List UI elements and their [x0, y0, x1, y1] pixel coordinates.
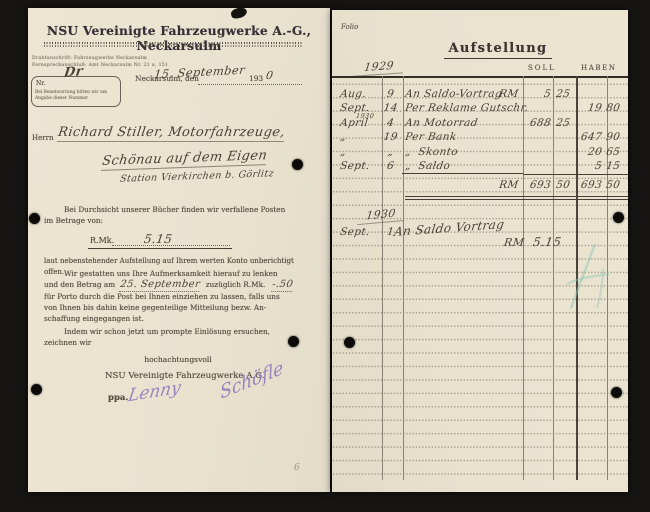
totals-rule-bottom-2 [405, 199, 628, 200]
total-haben-mark: 693 [573, 179, 603, 191]
ledger-row: „ 19 Per Bank 647 90 [331, 131, 629, 145]
ledger-totals-row: RM 693 50 693 50 [331, 179, 629, 193]
pencil-note: 6 [294, 463, 300, 473]
body-p3-line2: zeichnen wir [44, 338, 316, 349]
body-p1-line2: im Betrage von: [44, 216, 316, 227]
dateline-printed-year: 193 [249, 74, 263, 83]
ledger-row: „ „ „ Skonto 20 65 [331, 146, 629, 160]
header-rule [44, 42, 302, 44]
total-currency: RM [498, 179, 519, 191]
ledger-row: Aug. 9 An Saldo-Vortrag RM 5 25 [331, 88, 629, 102]
entry-desc: „ Skonto [404, 146, 459, 158]
entry-currency: RM [498, 88, 519, 100]
entry-day: 14 [380, 102, 401, 114]
header-rule-thick [332, 76, 628, 78]
punch-hole [288, 336, 299, 347]
body-p2-line1: Wir gestatten uns Ihre Aufmerksamkeit hi… [44, 269, 316, 280]
entry-desc: Per Reklame Gutschr. [404, 102, 529, 114]
ppa-label: ppa. [108, 393, 128, 403]
body-p2-line2-date: 25. September [120, 280, 202, 292]
body-p2-line2-pre: und den Betrag am [44, 280, 115, 289]
signature-2: Schöfle [219, 357, 284, 404]
address-line2: Schönau auf dem Eigen [101, 148, 268, 171]
letter-page: NSU Vereinigte Fahrzeugwerke A.-G., Neck… [28, 8, 330, 492]
dateline-fill [198, 84, 302, 85]
entry-day: 4 [380, 117, 401, 129]
entry-haben-pf: 65 [605, 146, 621, 158]
punch-hole [344, 337, 355, 348]
entry-soll-pf: 25 [555, 117, 571, 129]
body-p2-line5: schaffung eingegangen ist. [44, 314, 316, 325]
soll-header: SOLL [528, 64, 556, 72]
entry-day: „ [380, 146, 401, 158]
total-haben-pf: 50 [605, 179, 621, 191]
entry-month: Sept. [339, 226, 381, 238]
body-p2-line2-mid: zuzüglich R.Mk. [206, 280, 266, 289]
entry-soll-pf: 25 [555, 88, 571, 100]
entry-desc: „ Saldo [404, 160, 451, 172]
entry-month: Sept. [339, 160, 381, 172]
totals-rule-top [523, 174, 628, 175]
year-1929: 1929 [353, 58, 405, 77]
punch-hole [31, 384, 42, 395]
saldo-underline [402, 173, 523, 174]
header-rule [44, 45, 302, 47]
punch-hole [613, 212, 624, 223]
entry-month: Aug. [339, 88, 381, 100]
body-p2-line4: von Ihnen bis dahin keine gegenteilige M… [44, 303, 316, 314]
amount-underline [88, 248, 232, 249]
punch-hole [292, 159, 303, 170]
address-line3: Station Vierkirchen b. Görlitz [119, 168, 274, 184]
entry-day: 9 [380, 88, 401, 100]
entry-month: „ [339, 146, 381, 158]
entry-desc: An Saldo-Vortrag [404, 88, 503, 100]
ledger-page: Folio Aufstellung 1929 SOLL HABEN Aug. 9… [332, 10, 628, 492]
punch-hole [611, 387, 622, 398]
entry-haben-mark: 20 [573, 146, 603, 158]
entry-day: 19 [380, 131, 401, 143]
entry-haben-pf: 15 [605, 160, 621, 172]
entry-haben-mark: 19 [573, 102, 603, 114]
body-p1-line1: Bei Durchsicht unserer Bücher finden wir… [44, 205, 316, 216]
ledger-title: Aufstellung [444, 41, 552, 59]
entry-haben-mark: 5 [573, 160, 603, 172]
entry-month: April [339, 117, 381, 129]
closing: hochachtungsvoll [88, 355, 268, 364]
ledger-row: Sept. 14 Per Reklame Gutschr. 19 80 [331, 102, 629, 116]
haben-header: HABEN [581, 64, 617, 72]
letterhead-info-line2: Fernsprechanschluß: Amt Neckarsulm Nr. 2… [32, 63, 168, 68]
body-p2-line2: und den Betrag am 25. September zuzüglic… [44, 280, 316, 292]
folio-label: Folio [341, 23, 358, 31]
totals-rule-bottom-1 [405, 196, 628, 197]
entry-month: „ [339, 131, 381, 143]
total-soll-mark: 693 [522, 179, 552, 191]
entry-soll-mark: 688 [522, 117, 552, 129]
pencil-mark [557, 238, 619, 316]
entry-day: 6 [380, 160, 401, 172]
punch-hole [29, 213, 40, 224]
amount-label: R.Mk. [90, 236, 114, 245]
signature-1: Lenny [127, 377, 182, 406]
nr-box-label: Nr. [36, 80, 45, 87]
nr-box-note-line1: Bei Beantwortung bitten wir um [35, 90, 107, 95]
entry-soll-mark: 5 [522, 88, 552, 100]
dateline-handwritten-year-digit: 0 [265, 69, 274, 82]
entry-haben-pf: 80 [605, 102, 621, 114]
amount-value: 5.15 [143, 232, 173, 246]
address-salutation: Herrn [32, 134, 53, 142]
nr-box-paraph: Dr [63, 64, 84, 81]
document-scan: NSU Vereinigte Fahrzeugwerke A.-G., Neck… [0, 0, 650, 512]
nr-box-note-line2: Angabe dieser Nummer [35, 96, 88, 101]
entry-haben-pf: 90 [605, 131, 621, 143]
entry-desc: Per Bank [404, 131, 457, 143]
ledger-row: Sept. 6 „ Saldo 5 15 [331, 160, 629, 174]
body-p2-line2-fee: -.50 [271, 280, 294, 292]
company-header: NSU Vereinigte Fahrzeugwerke A.-G., Neck… [42, 23, 316, 53]
entry-desc: An Motorrad [404, 117, 478, 129]
address-line1: Richard Stiller, Motorfahrzeuge, [57, 125, 286, 142]
body-p2-line3: für Porto durch die Post bei Ihnen einzi… [44, 292, 316, 303]
letterhead-info-line1: Drahtanschrift: Fahrzeugwerke Neckarsulm [32, 56, 147, 61]
body-p3-line1: Indem wir schon jetzt um prompte Einlösu… [44, 327, 316, 338]
ledger-row: April 4 An Motorrad 688 25 [331, 117, 629, 131]
total-soll-pf: 50 [555, 179, 571, 191]
ink-smudge [230, 6, 248, 19]
entry-haben-mark: 647 [573, 131, 603, 143]
entry-1930-currency: RM [503, 236, 525, 249]
